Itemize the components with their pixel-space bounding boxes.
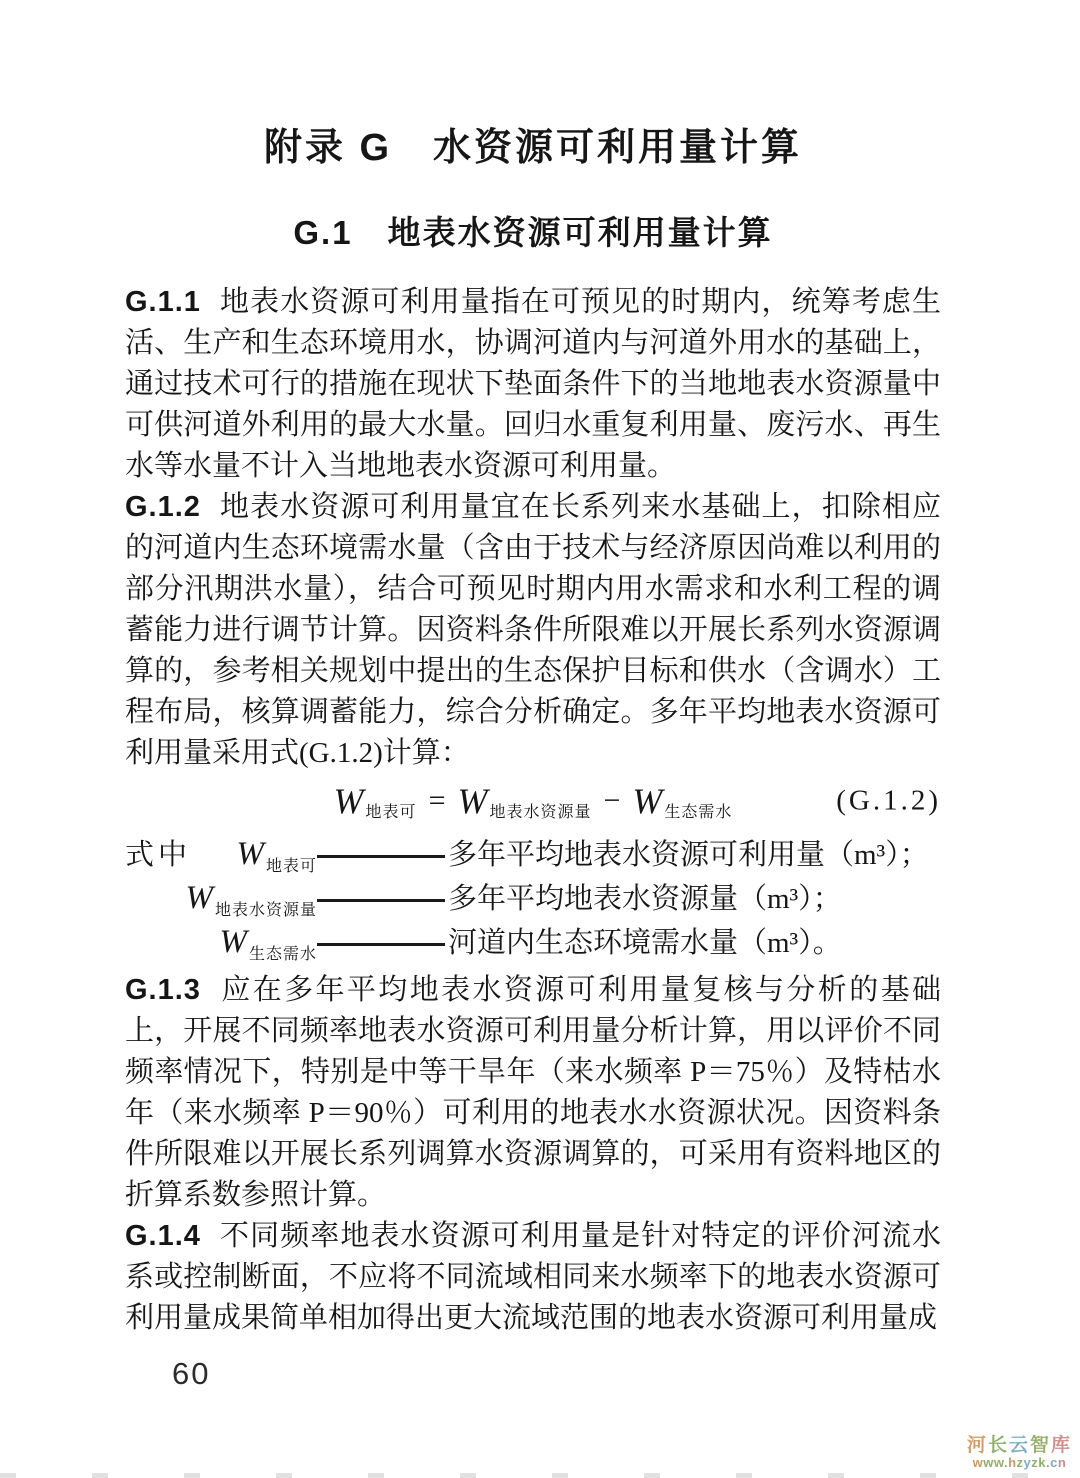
watermark-char: w: [983, 1455, 994, 1470]
watermark: 河长云智库 www.hzyzk.cn: [967, 1436, 1072, 1470]
formula-symbol: W: [219, 924, 247, 960]
definition-description: 多年平均地表水资源量（m³）；: [445, 877, 941, 921]
formula-symbol: W: [185, 880, 213, 916]
watermark-char: w: [994, 1455, 1004, 1470]
watermark-char: k: [1038, 1455, 1046, 1470]
watermark-char: 河: [967, 1435, 988, 1456]
clause-text: 地表水资源可利用量指在可预见的时期内，统筹考虑生活、生产和生态环境用水，协调河道…: [125, 286, 941, 482]
definition-term: W地表可: [236, 832, 317, 877]
definition-term: W生态需水: [219, 920, 317, 965]
clause-number: G.1.3: [125, 974, 201, 1006]
definition-dash: [317, 943, 445, 946]
formula-subscript: 生态需水: [249, 946, 317, 963]
formula-symbol: W: [236, 836, 264, 872]
watermark-char: w: [973, 1455, 984, 1470]
definition-term-cell: W生态需水: [125, 920, 317, 965]
formula-subscript: 地表水资源量: [215, 902, 317, 919]
clause-number: G.1.2: [125, 491, 201, 523]
watermark-char: n: [1058, 1455, 1066, 1470]
equals-sign: =: [429, 784, 446, 818]
definition-dash: [317, 899, 445, 902]
clause-g1-3: G.1.3应在多年平均地表水资源可利用量复核与分析的基础上，开展不同频率地表水资…: [125, 970, 941, 1216]
where-label: 式中: [125, 833, 191, 877]
watermark-brand: 河长云智库: [967, 1436, 1072, 1456]
formula-lhs-term: W地表可: [334, 780, 417, 822]
definition-description: 河道内生态环境需水量（m³）。: [445, 921, 941, 965]
definition-term: W地表水资源量: [185, 876, 317, 921]
equation-number: (G.1.2): [836, 785, 941, 818]
formula-term-resources: W地表水资源量: [457, 780, 591, 822]
watermark-url: www.hzyzk.cn: [967, 1456, 1072, 1470]
definition-term-cell: 式中W地表可: [125, 832, 317, 877]
clause-number: G.1.1: [125, 286, 201, 318]
definition-row: 式中W地表可 多年平均地表水资源可利用量（m³）；: [125, 832, 941, 876]
watermark-char: h: [1008, 1455, 1016, 1470]
body-text: G.1.1地表水资源可利用量指在可预见的时期内，统筹考虑生活、生产和生态环境用水…: [125, 282, 941, 1339]
definition-term-cell: W地表水资源量: [125, 876, 317, 921]
formula-symbol: W: [632, 781, 662, 821]
watermark-char: c: [1050, 1455, 1058, 1470]
appendix-title: 附录 G 水资源可利用量计算: [125, 126, 941, 170]
definition-row: W地表水资源量 多年平均地表水资源量（m³）；: [125, 876, 941, 920]
watermark-char: 智: [1030, 1435, 1051, 1456]
formula-symbol: W: [457, 781, 487, 821]
definition-dash: [317, 855, 445, 858]
clause-number: G.1.4: [125, 1220, 201, 1252]
section-title: G.1 地表水资源可利用量计算: [125, 214, 941, 252]
clause-g1-4: G.1.4不同频率地表水资源可利用量是针对特定的评价河流水系或控制断面，不应将不…: [125, 1216, 941, 1339]
formula-subscript: 地表可: [366, 804, 417, 821]
clause-g1-1: G.1.1地表水资源可利用量指在可预见的时期内，统筹考虑生活、生产和生态环境用水…: [125, 282, 941, 487]
formula-symbol: W: [334, 781, 364, 821]
clause-text: 地表水资源可利用量宜在长系列来水基础上，扣除相应的河道内生态环境需水量（含由于技…: [125, 491, 941, 769]
formula-subscript: 地表可: [266, 858, 317, 875]
formula-subscript: 生态需水: [664, 804, 732, 821]
watermark-char: 长: [988, 1435, 1009, 1456]
symbol-definitions: 式中W地表可 多年平均地表水资源可利用量（m³）； W地表水资源量 多年平均地表…: [125, 832, 941, 964]
watermark-char: z: [1017, 1455, 1024, 1470]
formula-g1-2: W地表可 = W地表水资源量 − W生态需水 (G.1.2): [125, 776, 941, 826]
scan-artifact-strip: [0, 1473, 1080, 1478]
watermark-char: 云: [1009, 1435, 1030, 1456]
formula-term-eco: W生态需水: [632, 780, 732, 822]
watermark-char: 库: [1051, 1435, 1072, 1456]
formula-subscript: 地表水资源量: [489, 804, 591, 821]
page-number: 60: [172, 1356, 210, 1392]
clause-g1-2: G.1.2地表水资源可利用量宜在长系列来水基础上，扣除相应的河道内生态环境需水量…: [125, 487, 941, 774]
clause-text: 不同频率地表水资源可利用量是针对特定的评价河流水系或控制断面，不应将不同流域相同…: [125, 1220, 941, 1334]
page-content: 附录 G 水资源可利用量计算 G.1 地表水资源可利用量计算 G.1.1地表水资…: [125, 0, 941, 1339]
document-page: 附录 G 水资源可利用量计算 G.1 地表水资源可利用量计算 G.1.1地表水资…: [0, 0, 1080, 1478]
definition-row: W生态需水 河道内生态环境需水量（m³）。: [125, 920, 941, 964]
minus-sign: −: [604, 784, 621, 818]
definition-description: 多年平均地表水资源可利用量（m³）；: [445, 833, 941, 877]
clause-text: 应在多年平均地表水资源可利用量复核与分析的基础上，开展不同频率地表水资源可利用量…: [125, 974, 941, 1211]
